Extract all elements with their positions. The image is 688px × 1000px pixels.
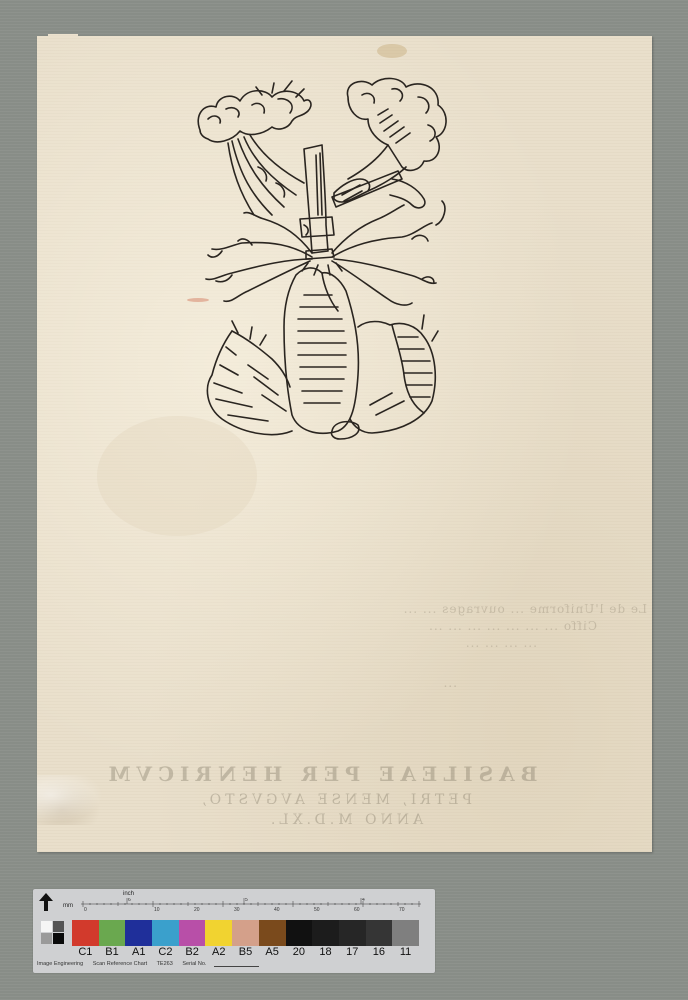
svg-text:40: 40 [274,907,280,912]
cloud-arm-icon [347,78,446,207]
color-patch-a2 [205,920,232,946]
patch-label: C2 [152,946,179,958]
color-patch-11 [392,920,419,946]
patch-label: A2 [205,946,232,958]
patch-label: 18 [312,946,339,958]
color-patches [72,920,419,946]
patch-label: C1 [72,946,99,958]
scan-reference-chart: mm inch 0 10 20 30 40 50 60 70 6 5 4 [33,889,435,973]
patch-label: 20 [286,946,313,958]
color-patch-20 [286,920,313,946]
patch-label: A5 [259,946,286,958]
gray-patch-black [53,933,64,944]
svg-text:4: 4 [362,898,365,903]
up-arrow-icon [39,893,53,911]
patch-label: B1 [99,946,126,958]
svg-text:50: 50 [314,907,320,912]
patch-label: B2 [179,946,206,958]
inch-label: inch [123,891,134,897]
svg-text:10: 10 [154,907,160,912]
color-patch-16 [366,920,393,946]
showthrough-line: Ciffo ... ... ... ... ... ... ... [77,619,597,633]
svg-text:0: 0 [84,907,87,912]
color-patch-b5 [232,920,259,946]
patch-label: 17 [339,946,366,958]
foxing-stain [377,44,407,58]
color-patch-labels: C1 B1 A1 C2 B2 A2 B5 A5 20 18 17 16 11 [72,946,419,958]
showthrough-line: ... [257,676,457,690]
patch-label: A1 [125,946,152,958]
gray-patch-dark [53,921,64,932]
ruler: 0 10 20 30 40 50 60 70 6 5 4 [81,898,421,912]
patch-label: 16 [366,946,393,958]
mm-label: mm [63,903,73,909]
svg-text:6: 6 [128,898,131,903]
color-patch-c1 [72,920,99,946]
color-patch-b1 [99,920,126,946]
hammer-icon [300,145,402,259]
gray-patch-mid [41,933,52,944]
showthrough-line: ... ... ... ... [137,636,537,650]
showthrough-imprint-line-2: PETRI, MENSE AVGVSTO, [190,792,480,808]
showthrough-imprint-line-1: BASILEAE PER HENRICVM [100,762,540,786]
svg-text:60: 60 [354,907,360,912]
svg-text:20: 20 [194,907,200,912]
svg-text:5: 5 [245,898,248,903]
gray-reference-patches [41,921,65,945]
woodcut-printers-device [192,75,452,447]
chart-footer: Image Engineering Scan Reference Chart T… [37,961,267,967]
chart-serial-label: Serial No. [182,961,206,967]
wind-cloud-icon [198,81,311,215]
serial-blank [214,966,259,967]
color-patch-b2 [179,920,206,946]
chart-product: Scan Reference Chart [93,961,147,967]
chart-model: TE263 [157,961,173,967]
svg-text:30: 30 [234,907,240,912]
fold-crease [37,775,107,825]
color-patch-a5 [259,920,286,946]
showthrough-imprint-line-3: ANNO M.D.XL. [260,812,430,828]
color-patch-a1 [125,920,152,946]
showthrough-line: Le de l'Uniforme ... ouvrages ... ... [37,602,647,616]
patch-label: 11 [392,946,419,958]
color-patch-18 [312,920,339,946]
color-patch-c2 [152,920,179,946]
chart-maker: Image Engineering [37,961,83,967]
svg-text:70: 70 [399,907,405,912]
patch-label: B5 [232,946,259,958]
gray-patch-white [41,921,52,932]
color-patch-17 [339,920,366,946]
